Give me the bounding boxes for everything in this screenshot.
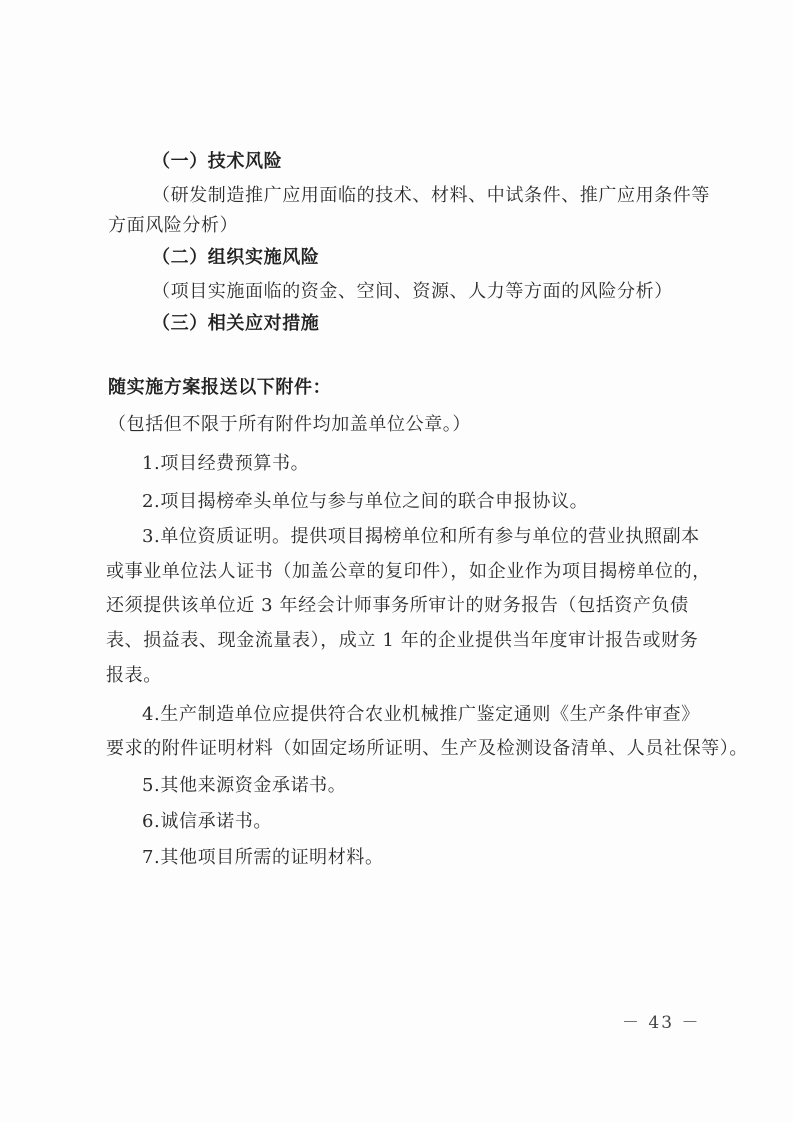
section-note-line: （研发制造推广应用面临的技术、材料、中试条件、推广应用条件等 — [152, 184, 710, 208]
attachment-item-5: 5.其他来源资金承诺书。 — [142, 774, 346, 798]
attachment-item-3-line: 还须提供该单位近 3 年经会计师事务所审计的财务报告（包括资产负债 — [106, 594, 689, 618]
document-page: （一）技术风险 （研发制造推广应用面临的技术、材料、中试条件、推广应用条件等 方… — [0, 0, 793, 1122]
attachment-item-3-line: 或事业单位法人证书（加盖公章的复印件），如企业作为项目揭榜单位的， — [106, 560, 711, 584]
attachment-item-3-line: 3.单位资质证明。提供项目揭榜单位和所有参与单位的营业执照副本 — [142, 525, 700, 549]
section-note-line: 方面风险分析） — [108, 214, 238, 238]
page-number: － 43 － — [622, 1008, 700, 1033]
section-note-line: （项目实施面临的资金、空间、资源、人力等方面的风险分析） — [152, 280, 673, 304]
section-heading-technical-risk: （一）技术风险 — [152, 150, 282, 174]
attachment-item-3-line: 表、损益表、现金流量表），成立 1 年的企业提供当年度审计报告或财务 — [106, 629, 698, 653]
attachment-item-6: 6.诚信承诺书。 — [142, 810, 272, 834]
section-heading-organization-risk: （二）组织实施风险 — [152, 246, 319, 270]
attachment-item-4-line: 4.生产制造单位应提供符合农业机械推广鉴定通则《生产条件审查》 — [142, 703, 700, 727]
attachments-title: 随实施方案报送以下附件： — [108, 376, 331, 400]
attachments-note: （包括但不限于所有附件均加盖单位公章。） — [108, 413, 471, 437]
attachment-item-3-line: 报表。 — [106, 664, 162, 688]
attachment-item-4-line: 要求的附件证明材料（如固定场所证明、生产及检测设备清单、人员社保等）。 — [106, 737, 748, 761]
attachment-item-1: 1.项目经费预算书。 — [142, 452, 309, 476]
attachment-item-7: 7.其他项目所需的证明材料。 — [142, 846, 384, 870]
attachment-item-2: 2.项目揭榜牵头单位与参与单位之间的联合申报协议。 — [142, 490, 588, 514]
section-heading-countermeasures: （三）相关应对措施 — [152, 312, 319, 336]
